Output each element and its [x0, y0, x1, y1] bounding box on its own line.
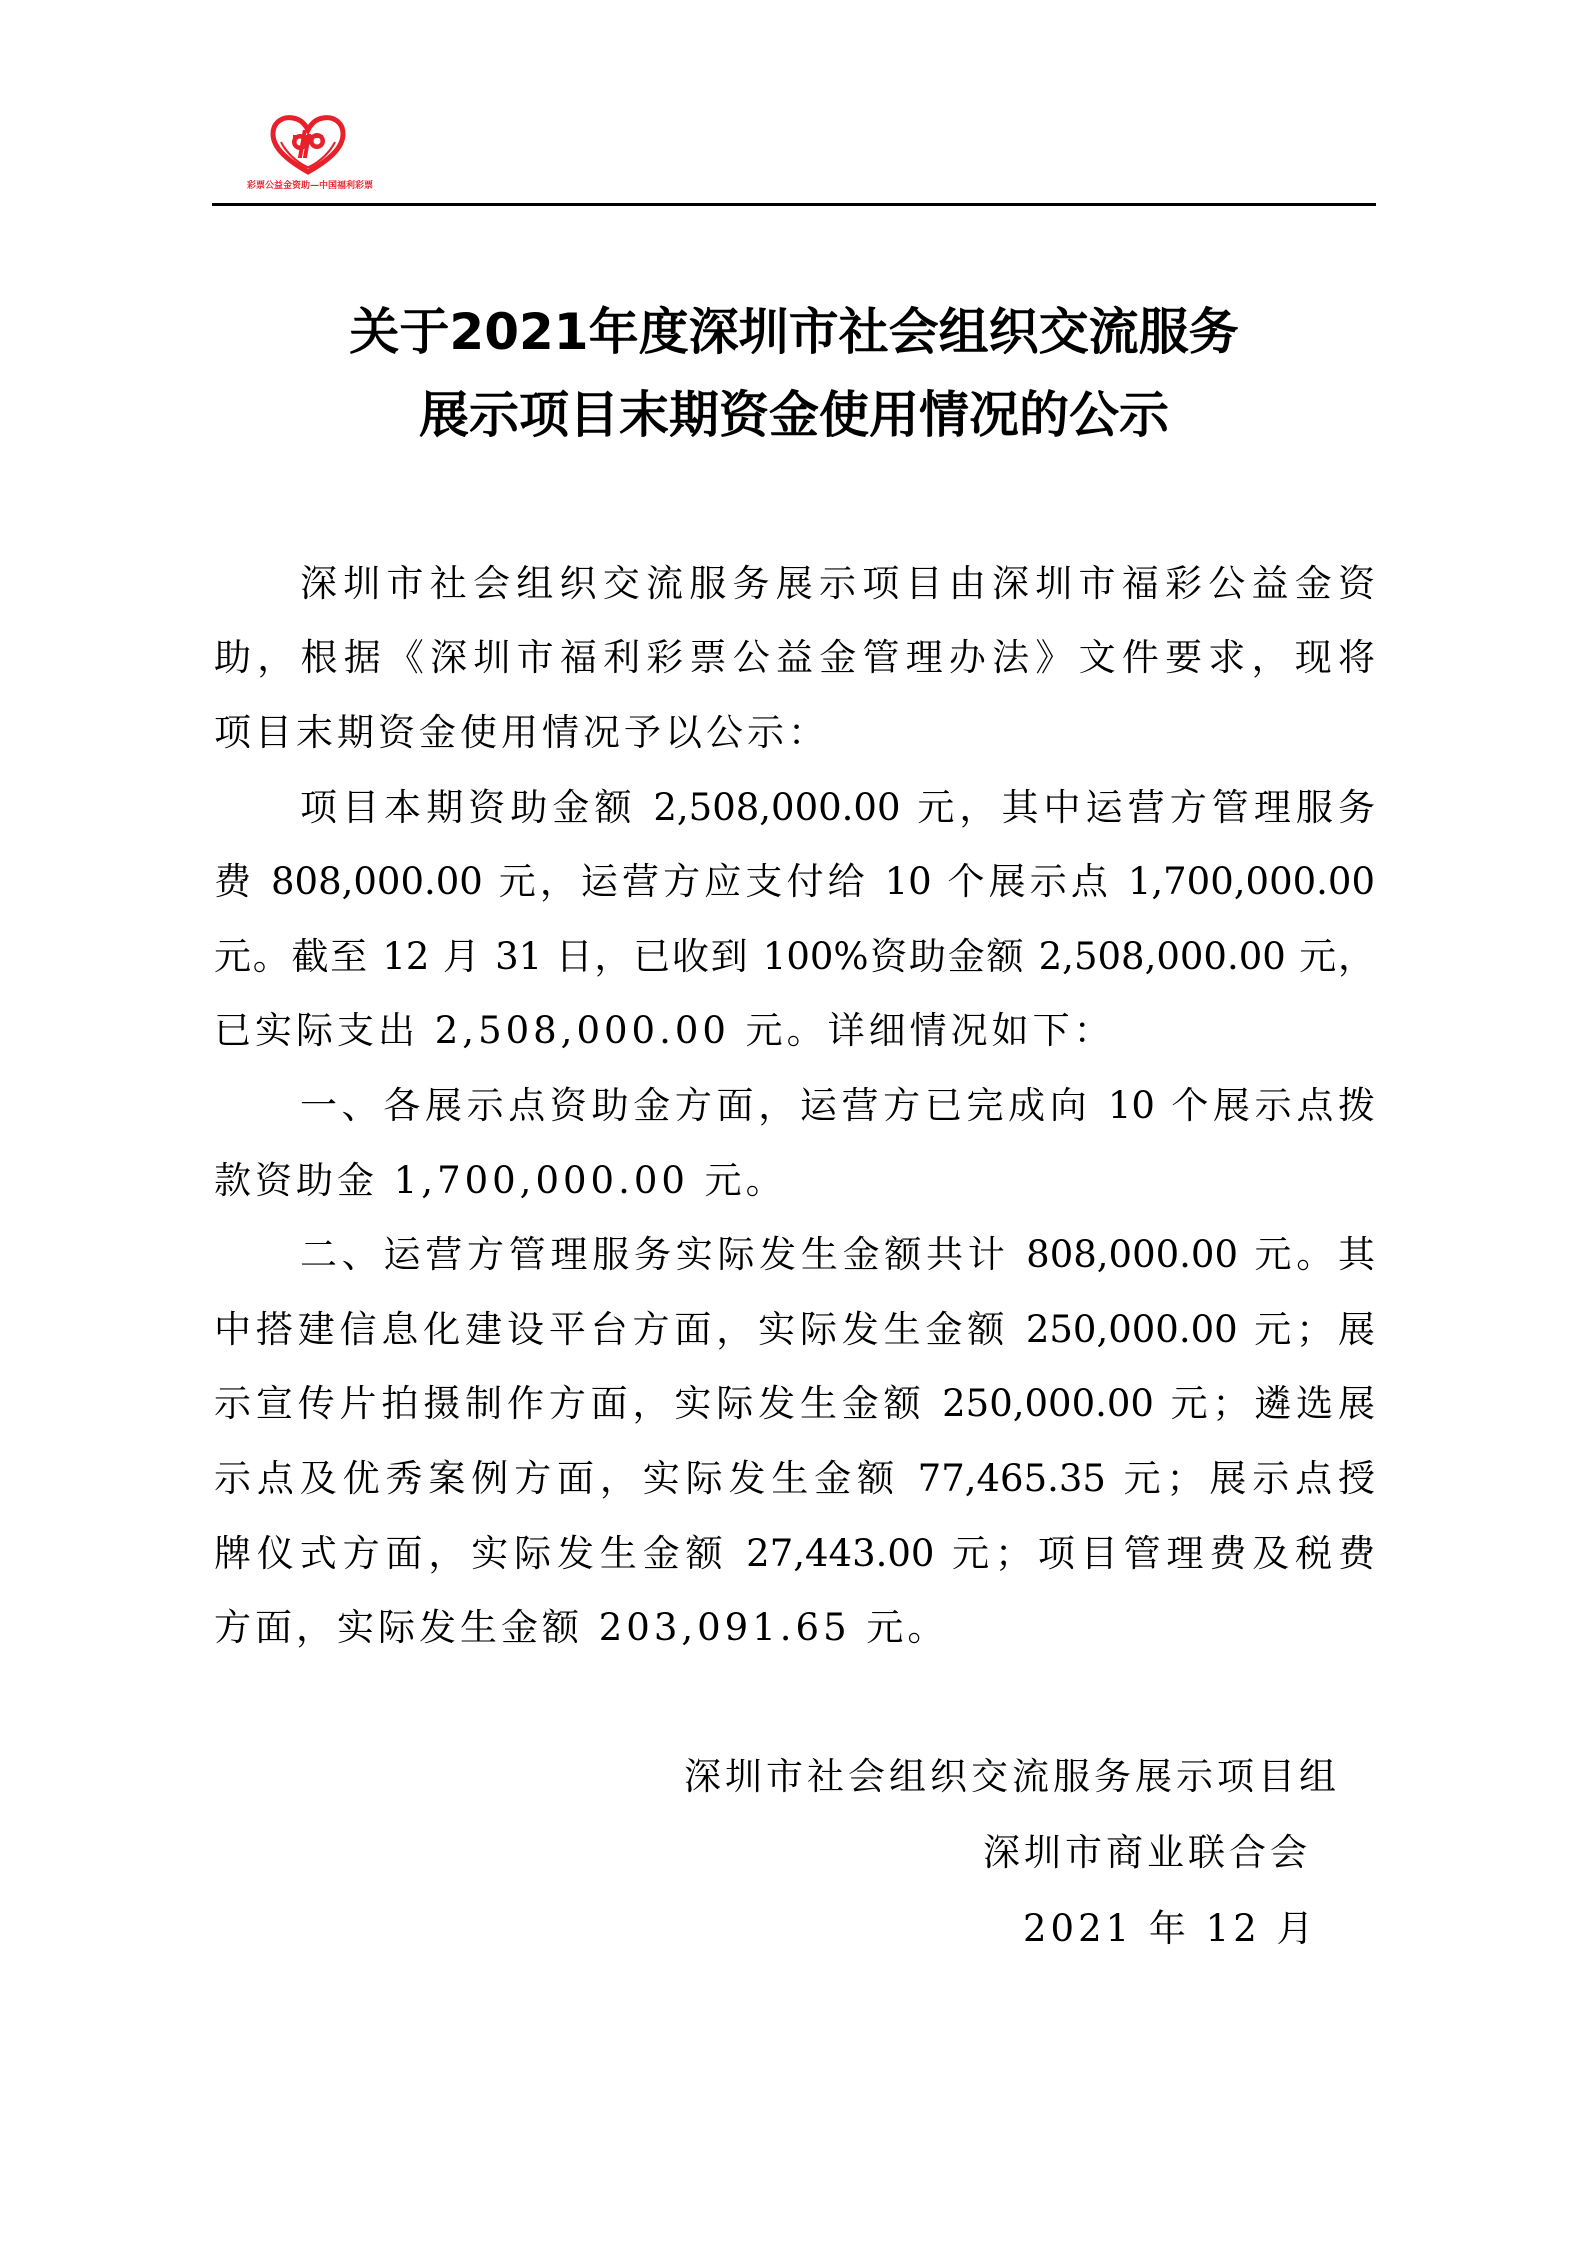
paragraph-summary-line: 费 808,000.00 元，运营方应支付给 10 个展示点 1,700,000…	[214, 845, 1375, 920]
paragraph-section-2-line: 示点及优秀案例方面，实际发生金额 77,465.35 元；展示点授	[214, 1442, 1375, 1517]
paragraph-section-2-line: 方面，实际发生金额 203,091.65 元。	[214, 1591, 1375, 1666]
page-title-line-1: 关于2021年度深圳市社会组织交流服务	[212, 291, 1376, 374]
heart-logo-icon	[247, 112, 369, 178]
welfare-lottery-logo: 彩票公益金资助—中国福利彩票	[247, 112, 369, 196]
paragraph-summary-line: 项目本期资助金额 2,508,000.00 元，其中运营方管理服务	[214, 771, 1375, 846]
paragraph-section-2-line: 示宣传片拍摄制作方面，实际发生金额 250,000.00 元；遴选展	[214, 1367, 1375, 1442]
signature-association: 深圳市商业联合会	[983, 1815, 1311, 1891]
signature-date: 2021 年 12 月	[1023, 1891, 1318, 1967]
paragraph-summary-line: 已实际支出 2,508,000.00 元。详细情况如下：	[214, 994, 1375, 1069]
page-title-line-2: 展示项目末期资金使用情况的公示	[212, 374, 1376, 457]
header-divider	[212, 203, 1376, 206]
paragraph-section-2-line: 中搭建信息化建设平台方面，实际发生金额 250,000.00 元；展	[214, 1293, 1375, 1368]
paragraph-section-2-line: 牌仪式方面，实际发生金额 27,443.00 元；项目管理费及税费	[214, 1517, 1375, 1592]
paragraph-summary-line: 元。截至 12 月 31 日，已收到 100%资助金额 2,508,000.00…	[214, 920, 1375, 995]
paragraph-section-1-line: 款资助金 1,700,000.00 元。	[214, 1144, 1375, 1219]
signature-org: 深圳市社会组织交流服务展示项目组	[684, 1739, 1340, 1815]
paragraph-intro-line: 深圳市社会组织交流服务展示项目由深圳市福彩公益金资	[214, 547, 1375, 622]
paragraph-intro-line: 项目末期资金使用情况予以公示：	[214, 696, 1375, 771]
logo-caption: 彩票公益金资助—中国福利彩票	[247, 178, 369, 191]
paragraph-section-2-line: 二、运营方管理服务实际发生金额共计 808,000.00 元。其	[214, 1218, 1375, 1293]
paragraph-intro-line: 助，根据《深圳市福利彩票公益金管理办法》文件要求，现将	[214, 621, 1375, 696]
paragraph-section-1-line: 一、各展示点资助金方面，运营方已完成向 10 个展示点拨	[214, 1069, 1375, 1144]
